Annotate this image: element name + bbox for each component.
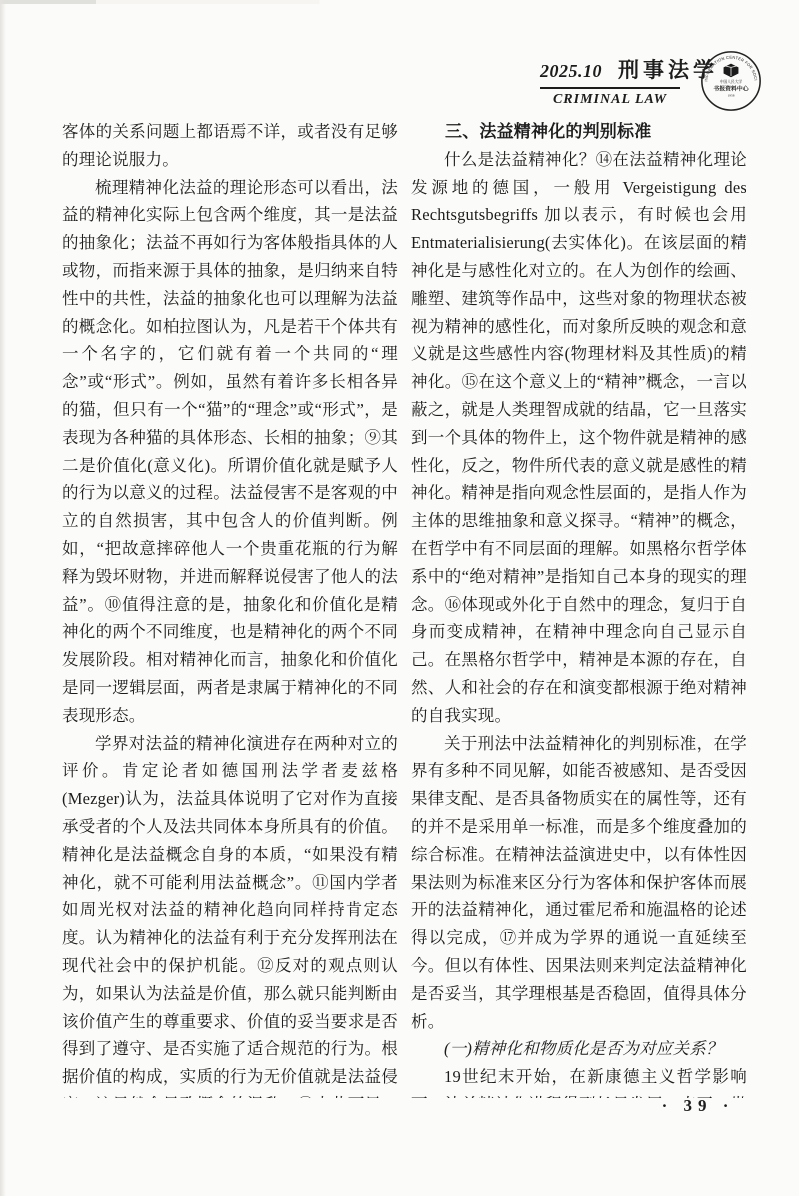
subsection-heading-one: (一)精神化和物质化是否为对应关系？ xyxy=(411,1035,746,1063)
journal-seal-stamp-icon: INFORMATION CENTER FOR SOCIAL SCIENCES 中… xyxy=(700,50,762,112)
paragraph-what-is-spiritualization: 什么是法益精神化？⑭在法益精神化理论发源地的德国，一般用 Vergeistigu… xyxy=(411,146,746,730)
paragraph-academic-evaluations: 学界对法益的精神化演进存在两种对立的评价。肯定论者如德国刑法学者麦兹格(Mezg… xyxy=(62,730,398,1098)
paragraph-criteria-overview: 关于刑法中法益精神化的判别标准，在学界有多种不同见解，如能否被感知、是否受因果律… xyxy=(411,730,746,1036)
article-body: 客体的关系问题上都语焉不详，或者没有足够的理论说服力。 梳理精神化法益的理论形态… xyxy=(62,118,746,1098)
seal-year: 1958 xyxy=(728,94,735,98)
journal-page: { "header": { "issue": "2025.10", "journ… xyxy=(0,0,799,1196)
scan-artifact-left-edge xyxy=(0,0,6,1196)
page-number: · 39 · xyxy=(618,1096,778,1116)
seal-graphic: INFORMATION CENTER FOR SOCIAL SCIENCES 中… xyxy=(700,50,762,112)
scan-artifact-top xyxy=(0,0,799,4)
journal-header: 2025.10 刑事法学 CRIMINAL LAW xyxy=(540,54,680,108)
seal-org-name: 中国人民大学 xyxy=(720,79,743,84)
seal-center-name: 书报资料中心 xyxy=(713,84,749,92)
issue-number: 2025.10 xyxy=(540,61,602,82)
journal-masthead: 2025.10 刑事法学 xyxy=(540,54,680,89)
left-column: 客体的关系问题上都语焉不详，或者没有足够的理论说服力。 梳理精神化法益的理论形态… xyxy=(62,118,398,1098)
paragraph-dimensions-of-spiritualization: 梳理精神化法益的理论形态可以看出，法益的精神化实际上包含两个维度，其一是法益的抽… xyxy=(62,174,398,730)
section-heading-three: 三、法益精神化的判别标准 xyxy=(411,118,746,146)
paragraph-continuation: 客体的关系问题上都语焉不详，或者没有足够的理论说服力。 xyxy=(62,118,398,174)
book-emblem-icon xyxy=(724,64,739,78)
right-column: 三、法益精神化的判别标准 什么是法益精神化？⑭在法益精神化理论发源地的德国，一般… xyxy=(411,118,746,1098)
paragraph-historical-development: 19世纪末开始，在新康德主义哲学影响下，法益精神化进程得到长足发展，直至20世纪… xyxy=(411,1063,746,1098)
journal-title-english: CRIMINAL LAW xyxy=(540,92,680,108)
